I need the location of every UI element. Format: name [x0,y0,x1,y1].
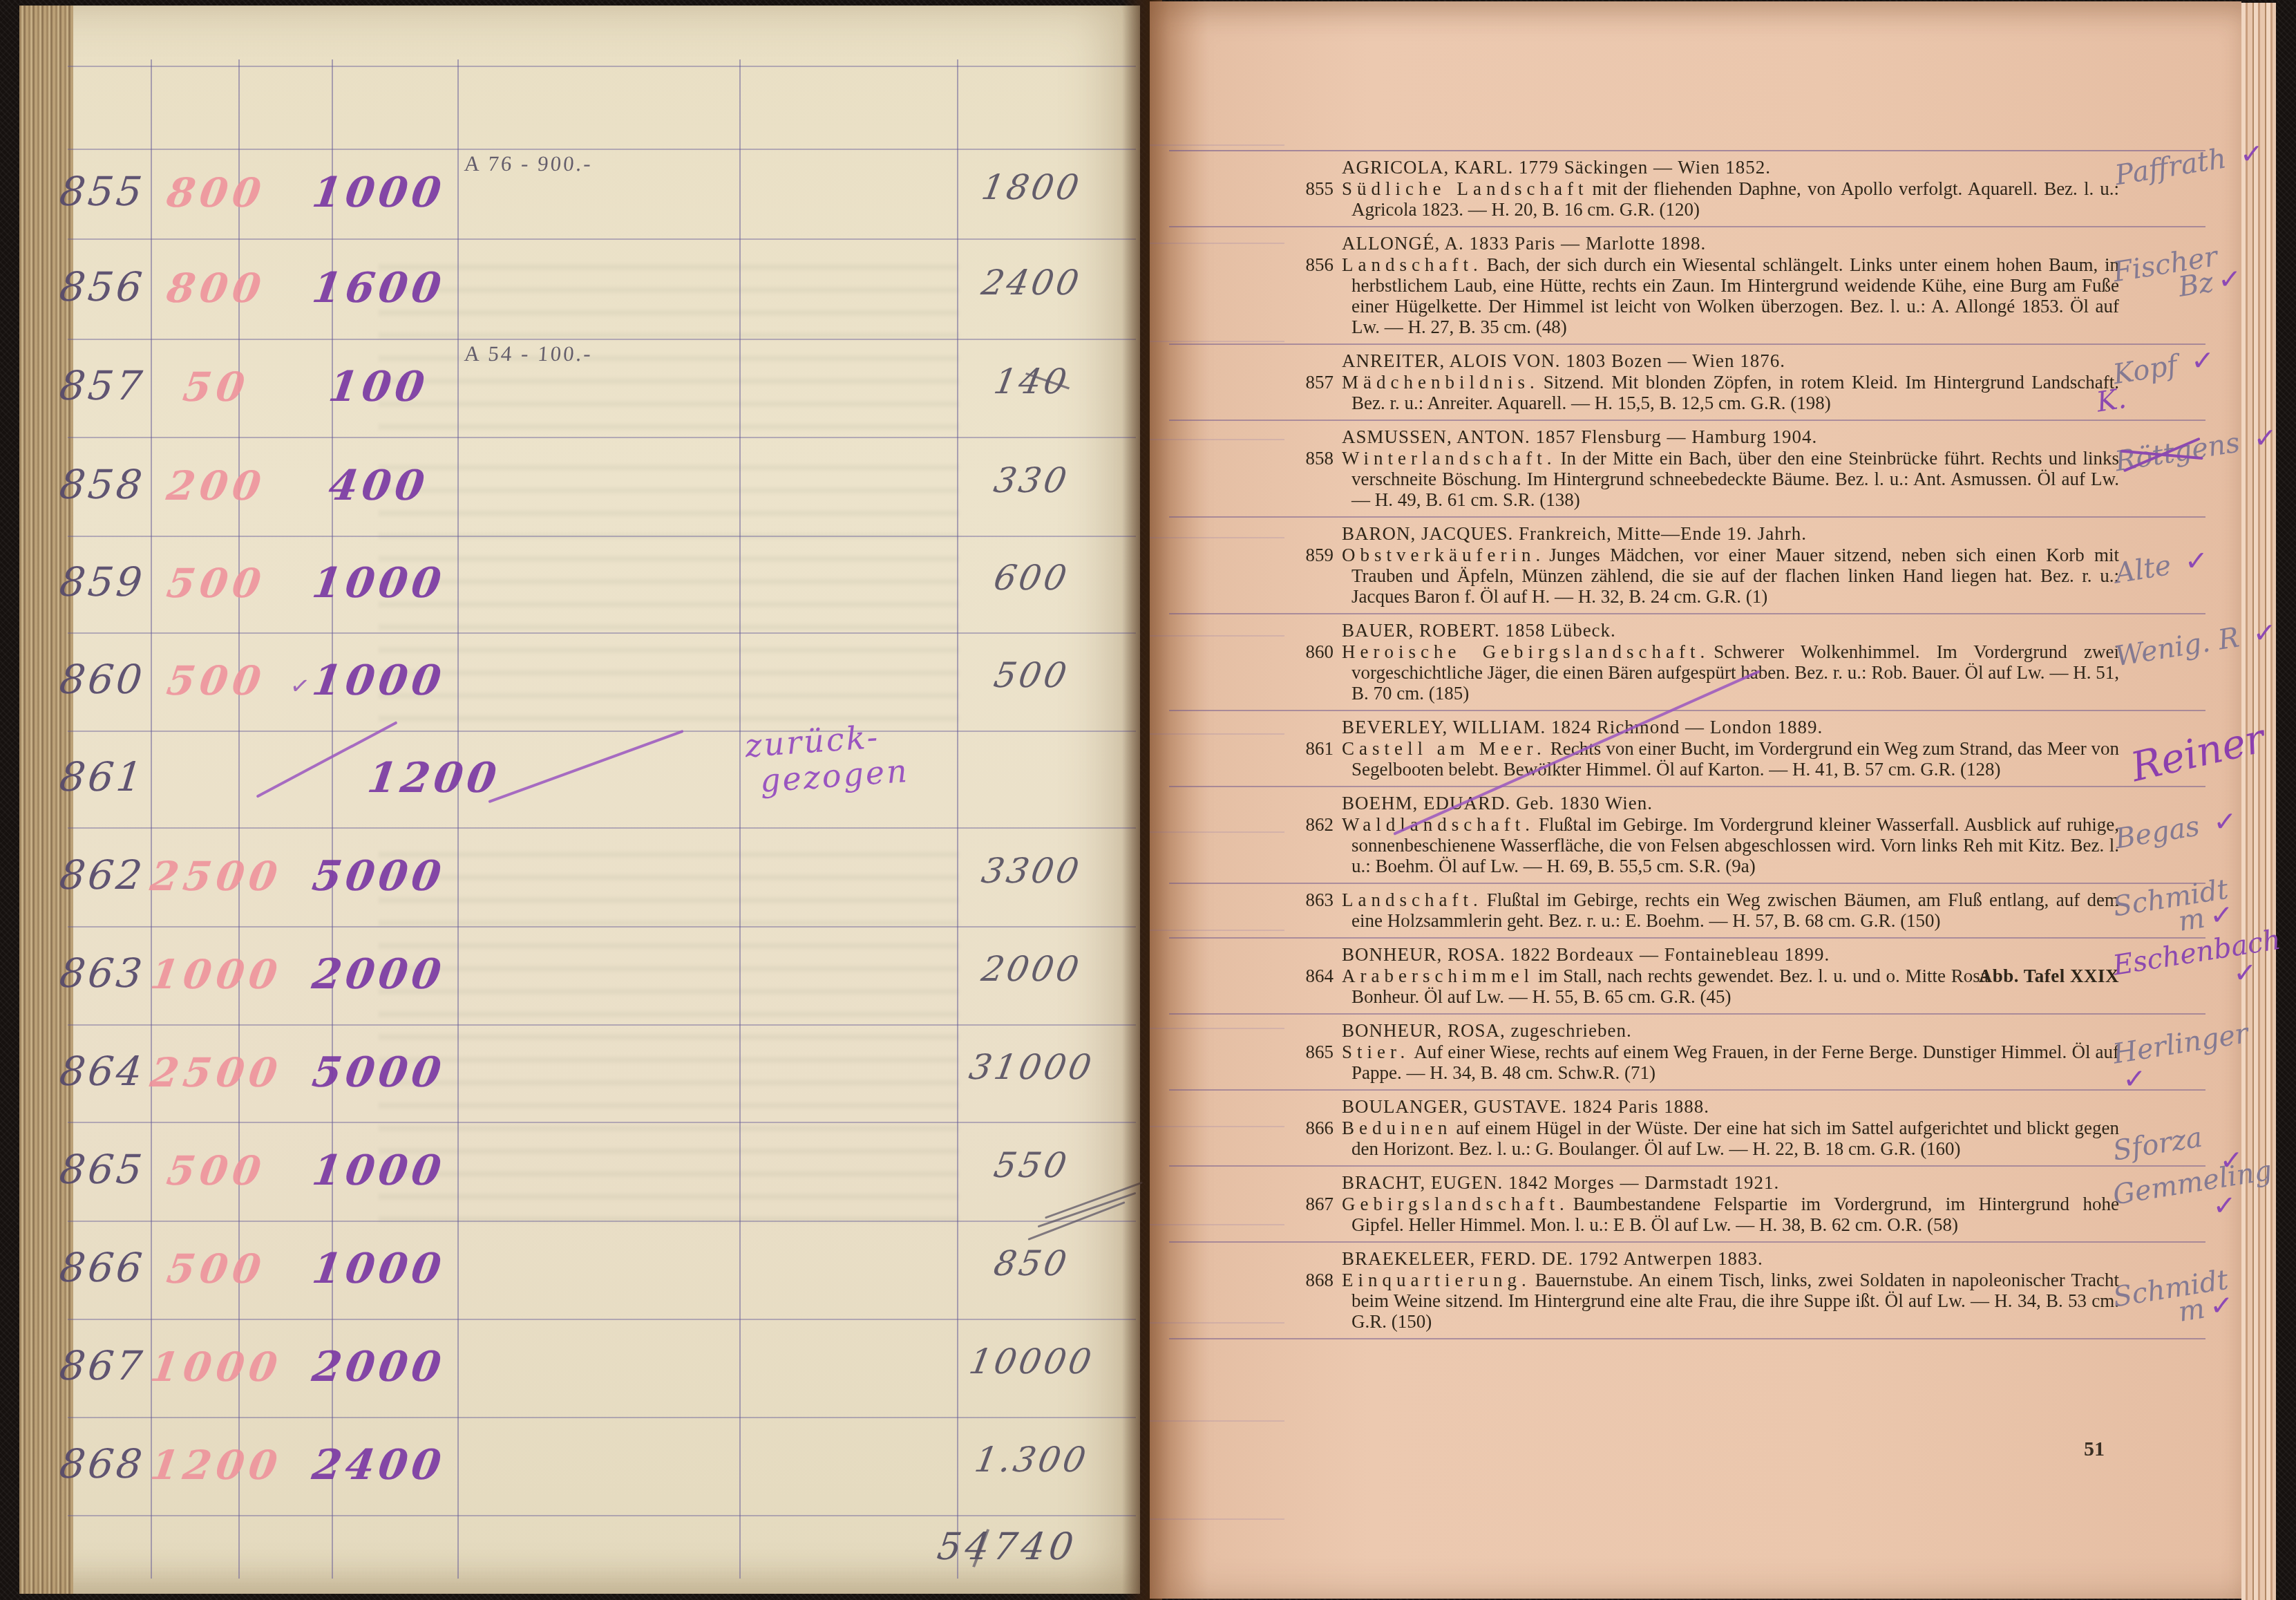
work-title: Obstverkäuferin. [1342,545,1545,565]
artist-line: BRACHT, EUGEN. 1842 Morges — Darmstadt 1… [1342,1172,2119,1193]
ledger-row-867: 867 1000 2000 10000 [19,1319,1140,1417]
work-title: Beduinen [1342,1118,1452,1138]
work-title: Landschaft. [1342,254,1483,275]
limit-price-hand: 800 [147,169,285,216]
ledger-row-856: 856 800 1600 2400 [19,238,1140,339]
lot-number-hand: 862 [44,851,160,898]
hammer-price-hand: 2000 [921,949,1142,989]
check-mark: ✓ [2233,959,2257,988]
entry-description: 856 Landschaft.Bach, der sich durch ein … [1342,254,2119,337]
hammer-total: 54740 [873,1525,1142,1568]
estimate-price-hand: 400 [292,461,465,509]
work-title: Araberschimmel [1342,966,1534,986]
ledger-row-864: 864 2500 5000 31000 [19,1024,1140,1122]
check-mark: ✓ [2253,424,2277,453]
entry-859: BARON, JACQUES. Frankreich, Mitte—Ende 1… [1169,518,2205,614]
work-title: Einquartierung. [1342,1270,1531,1290]
ledger-row-859: 859 500 1000 600 [19,536,1140,632]
check-mark: ✓ [2210,1292,2233,1320]
estimate-price-hand: 1000 [292,657,465,705]
book-scan: { "glyphs": { "check": "✓" }, "ledger": … [0,0,2296,1600]
hammer-price-hand: 850 [921,1243,1142,1283]
entry-description: 861 Castell am Meer.Rechts von einer Buc… [1342,738,2119,780]
lot-number-hand: 860 [44,656,160,703]
lot-number-hand: 864 [44,1048,160,1095]
hammer-price-hand: 1800 [921,167,1142,207]
estimate-price-hand: 5000 [292,1048,465,1096]
lot-number: 858 [1292,448,1334,469]
entry-857: ANREITER, ALOIS VON. 1803 Bozen — Wien 1… [1169,345,2205,421]
hammer-price-hand: 2400 [921,262,1142,302]
check-mark: ✓ [2185,547,2208,576]
check-mark: ✓ [2212,1192,2236,1220]
entry-868: BRAEKELEER, FERD. DE. 1792 Antwerpen 188… [1169,1243,2205,1339]
check-mark: ✓ [2191,347,2214,375]
entry-description: 855 Südliche Landschaftmit der fliehende… [1342,178,2119,220]
artist-line: BONHEUR, ROSA, zugeschrieben. [1342,1020,2119,1041]
lot-number: 862 [1292,814,1334,835]
limit-price-hand: 500 [147,1245,285,1292]
work-title: Waldlandschaft. [1342,814,1535,835]
artist-line: ASMUSSEN, ANTON. 1857 Flensburg — Hambur… [1342,426,2119,447]
entry-864: BONHEUR, ROSA. 1822 Bordeaux — Fontaineb… [1169,939,2205,1015]
hammer-price-hand: 600 [921,558,1142,598]
page-number: 51 [2084,1438,2105,1461]
check-mark: ✓ [2213,808,2237,836]
limit-price-hand: 200 [147,462,285,509]
entry-description: 863 Landschaft.Flußtal im Gebirge, recht… [1342,890,2119,931]
hammer-price-hand: 330 [921,460,1142,500]
limit-price-hand: 2500 [147,1048,285,1095]
ledger-row-868: 868 1200 2400 1.300 [19,1417,1140,1515]
ledger-row-855: 855 800 1000 A 76 - 900.- 1800 [19,149,1140,238]
work-title: Castell am Meer. [1342,738,1546,759]
limit-price-hand: 500 [147,1147,285,1194]
estimate-price-hand: 1200 [348,754,520,802]
artist-line: ALLONGÉ, A. 1833 Paris — Marlotte 1898. [1342,233,2119,254]
limit-price-hand: 1200 [147,1442,285,1489]
lot-number: 863 [1292,890,1334,910]
estimate-price-hand: 100 [292,363,465,411]
entry-867: BRACHT, EUGEN. 1842 Morges — Darmstadt 1… [1169,1167,2205,1243]
work-title: Stier. [1342,1042,1410,1062]
ledger-row-863: 863 1000 2000 2000 [19,926,1140,1024]
artist-line: BEVERLEY, WILLIAM. 1824 Richmond — Londo… [1342,717,2119,737]
lot-number: 866 [1292,1118,1334,1138]
estimate-price-hand: 1000 [292,1146,465,1194]
ledger-row-860: 860 500 1000 500 ✓ [19,632,1140,731]
entry-description: 867 Gebirgslandschaft.Baumbestandene Fel… [1342,1194,2119,1235]
artist-line: BARON, JACQUES. Frankreich, Mitte—Ende 1… [1342,523,2119,544]
check-mark: ✓ [288,671,312,702]
work-title: Heroische Gebirgslandschaft. [1342,641,1709,662]
entry-866: BOULANGER, GUSTAVE. 1824 Paris 1888. 866… [1169,1091,2205,1167]
entry-description: 858 Winterlandschaft.In der Mitte ein Ba… [1342,448,2119,510]
lot-number: 865 [1292,1042,1334,1062]
lot-number-hand: 858 [44,461,160,508]
check-mark: ✓ [2123,1065,2146,1093]
entry-858: ASMUSSEN, ANTON. 1857 Flensburg — Hambur… [1169,421,2205,518]
limit-price-hand: 500 [147,560,285,607]
lot-number: 859 [1292,545,1334,565]
lot-number: 855 [1292,178,1334,199]
catalog-entries: AGRICOLA, KARL. 1779 Säckingen — Wien 18… [1169,150,2205,1339]
artist-line: ANREITER, ALOIS VON. 1803 Bozen — Wien 1… [1342,350,2119,371]
entry-855: AGRICOLA, KARL. 1779 Säckingen — Wien 18… [1169,151,2205,227]
hammer-price-hand: 31000 [921,1046,1142,1086]
estimate-price-hand: 2000 [292,1343,465,1391]
withdrawn-note: zurück-gezogen [744,717,911,800]
estimate-price-hand: 1600 [292,263,465,312]
entry-865: BONHEUR, ROSA, zugeschrieben. 865 Stier.… [1169,1015,2205,1091]
description-text: auf einem Hügel in der Wüste. Der eine h… [1351,1118,2119,1159]
ledger-row-866: 866 500 1000 850 [19,1221,1140,1319]
pencil-note: A 54 - 100.- [464,341,594,366]
work-title: Landschaft. [1342,890,1483,910]
entry-description: 866 Beduinenauf einem Hügel in der Wüste… [1342,1118,2119,1159]
entry-862: BOEHM, EDUARD. Geb. 1830 Wien. 862 Waldl… [1169,787,2205,884]
hammer-price-hand: 1.300 [921,1440,1142,1480]
entry-description: 862 Waldlandschaft.Flußtal im Gebirge. I… [1342,814,2119,876]
artist-line: BONHEUR, ROSA. 1822 Bordeaux — Fontaineb… [1342,944,2119,965]
artist-line: BOULANGER, GUSTAVE. 1824 Paris 1888. [1342,1096,2119,1117]
work-title: Mädchenbildnis. [1342,372,1539,393]
estimate-price-hand: 1000 [292,1245,465,1293]
hammer-price-hand: 500 [921,655,1142,695]
lot-number: 856 [1292,254,1334,275]
check-mark: ✓ [2218,265,2241,294]
limit-price-hand: 500 [147,657,285,704]
hammer-price-hand: 550 [921,1145,1142,1185]
pencil-note: A 76 - 900.- [464,151,594,176]
lot-number-hand: 868 [44,1440,160,1487]
lot-number-hand: 861 [44,753,160,800]
lot-number-hand: 866 [44,1244,160,1291]
work-title: Gebirgslandschaft. [1342,1194,1569,1214]
estimate-price-hand: 2400 [292,1441,465,1489]
entry-description: 859 Obstverkäuferin.Junges Mädchen, vor … [1342,545,2119,607]
check-mark: ✓ [2240,140,2264,169]
artist-line: BAUER, ROBERT. 1858 Lübeck. [1342,620,2119,641]
entry-description: 860 Heroische Gebirgslandschaft.Schwerer… [1342,641,2119,704]
lot-number: 864 [1292,966,1334,986]
ledger-page: 855 800 1000 A 76 - 900.- 1800 856 800 1… [19,6,1140,1594]
work-title: Winterlandschaft. [1342,448,1557,469]
work-title: Südliche Landschaft [1342,178,1588,199]
lot-number: 867 [1292,1194,1334,1214]
lot-number-hand: 859 [44,558,160,605]
lot-number-hand: 856 [44,263,160,310]
limit-price-hand: 50 [147,364,285,411]
lot-number: 860 [1292,641,1334,662]
lot-number-hand: 863 [44,950,160,997]
lot-number-hand: 855 [44,168,160,215]
ledger-row-861-withdrawn: 861 1200 zurück-gezogen [19,731,1140,827]
estimate-price-hand: 1000 [292,169,465,217]
hammer-price-hand-corrected: 140 [921,361,1142,402]
limit-price-hand: 2500 [147,852,285,899]
estimate-price-hand: 2000 [292,950,465,999]
limit-price-hand: 1000 [147,1344,285,1391]
plate-reference: Abb. Tafel XXIX [1989,966,2119,986]
ledger-hline [68,66,1136,67]
entry-863: 863 Landschaft.Flußtal im Gebirge, recht… [1169,884,2205,939]
hammer-price-hand: 10000 [921,1342,1142,1382]
entry-description: 868 Einquartierung.Bauernstube. An einem… [1342,1270,2119,1332]
lot-number-hand: 857 [44,362,160,409]
ledger-row-862: 862 2500 5000 3300 [19,827,1140,926]
limit-price-hand: 800 [147,264,285,311]
entry-description: 865 Stier.Auf einer Wiese, rechts auf ei… [1342,1042,2119,1083]
entry-description: 857 Mädchenbildnis.Sitzend. Mit blonden … [1342,372,2119,413]
lot-number-hand: 865 [44,1146,160,1193]
check-mark: ✓ [2210,901,2233,930]
artist-line: BRAEKELEER, FERD. DE. 1792 Antwerpen 188… [1342,1248,2119,1269]
ledger-row-857: 857 50 100 A 54 - 100.- 140 [19,339,1140,437]
estimate-price-hand: 1000 [292,559,465,608]
description-text: Auf einer Wiese, rechts auf einem Weg Fr… [1351,1042,2119,1083]
ledger-row-865: 865 500 1000 550 [19,1122,1140,1221]
hammer-price-hand: 3300 [921,850,1142,890]
check-mark: ✓ [2252,619,2276,648]
ledger-hline [68,1515,1136,1516]
entry-description: 864 Abb. Tafel XXIX Araberschimmelim Sta… [1342,966,2119,1007]
entry-861-withdrawn: BEVERLEY, WILLIAM. 1824 Richmond — Londo… [1169,711,2205,787]
lot-number: 868 [1292,1270,1334,1290]
estimate-price-hand: 5000 [292,851,465,900]
entry-860: BAUER, ROBERT. 1858 Lübeck. 860 Heroisch… [1169,614,2205,711]
catalog-page: AGRICOLA, KARL. 1779 Säckingen — Wien 18… [1150,1,2241,1599]
lot-number: 857 [1292,372,1334,393]
lot-number: 861 [1292,738,1334,759]
artist-line: AGRICOLA, KARL. 1779 Säckingen — Wien 18… [1342,157,2119,178]
entry-856: ALLONGÉ, A. 1833 Paris — Marlotte 1898. … [1169,227,2205,345]
limit-price-hand: 1000 [147,951,285,998]
lot-number-hand: 867 [44,1342,160,1389]
ledger-row-858: 858 200 400 330 [19,437,1140,536]
